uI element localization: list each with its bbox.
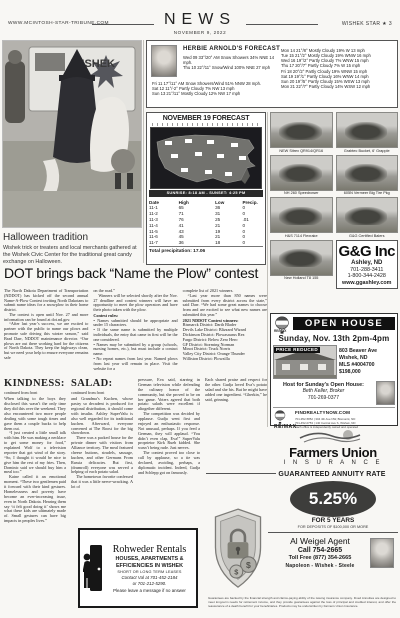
rohweder-note: Please leave a message if no answer	[106, 588, 193, 593]
salad-title: SALAD:	[71, 378, 133, 390]
sunrise-sunset-bar: SUNRISE: 8:18 AM - SUNSET: 4:25 PM	[149, 190, 263, 197]
forecast-left-column-lower: Fri 11 17°/11° AM Snow Showers/Wind 51% …	[152, 81, 275, 96]
rule-bullet: • No repeat names from last year. Named …	[93, 357, 177, 371]
section-title: NEWS	[164, 11, 236, 29]
equipment-listing: NH 260 Speedrower	[270, 155, 333, 196]
agent-block: Al Weigel Agent Call 754-2665 Toll Free …	[272, 536, 368, 569]
rohweder-line: EFFICIENCIES IN WISHEK	[106, 563, 193, 569]
newspaper-page: WWW.MCINTOSH-STAR-TRIBUNE.COM NEWS NOVEM…	[0, 0, 400, 618]
rate-term: FOR 5 YEARS	[290, 517, 376, 524]
total-precipitation: Total precipitation: 17.06	[149, 246, 263, 254]
equipment-photo	[270, 197, 333, 233]
gg-phone: 701-288-3411	[338, 267, 397, 273]
nov19-forecast-box: NOVEMBER 19 FORECAST SUNRISE: 8:18 AM - …	[146, 112, 266, 265]
insurance-label: I N S U R A N C E	[268, 460, 398, 466]
halloween-photo: WISHEK	[2, 40, 142, 228]
price-reduced-badge: PRICE REDUCED	[274, 347, 320, 353]
issue-date: NOVEMBER 9, 2022	[174, 30, 227, 35]
paragraph: “Last year more than 850 names were subm…	[183, 294, 267, 318]
address-line: Wishek, ND	[339, 355, 377, 362]
paragraph: Kaine called it an emotional moment. “Th…	[4, 475, 66, 524]
equipment-caption: NH 260 Speedrower	[270, 191, 333, 196]
broker-phone: 701-269-0377	[273, 395, 374, 401]
paragraph: There was a packed house for the private…	[71, 436, 133, 475]
article-column-2: on the road.” Winners will be selected s…	[93, 289, 177, 375]
forecast-right-column: Mon 14 21°/8° Mostly Cloudy 19% W 13 mph…	[281, 48, 395, 89]
column-divider-left	[143, 40, 144, 263]
equipment-caption: New Holland T8 155	[270, 276, 333, 281]
equipment-photo	[270, 155, 333, 191]
us-weather-map	[150, 127, 262, 189]
agent-tollfree: Toll Free (877) 354-2665	[272, 555, 368, 561]
paragraph: The competition was decided by applause.…	[138, 412, 200, 451]
salad-column-2: pressure, Eva said, starring in German t…	[138, 378, 200, 525]
agent-towns: Napoleon - Wishek - Steele	[272, 563, 368, 569]
address-line: 803 Beaver Ave	[339, 348, 377, 355]
us-map-art	[151, 128, 261, 188]
host-label: Host for Sunday's Open House:	[273, 382, 374, 388]
gg-contact-card: G&G Inc Ashley, ND 701-288-3411 1-800-34…	[336, 240, 399, 289]
equipment-caption: Grabtec Bucket, 6' Grapple	[336, 148, 399, 153]
forecast-left-column: Wed 09 33°/20° AM Snow Showers 34% NNE 1…	[183, 55, 275, 70]
open-house-ad: RE/MAX OPEN HOUSE Sunday, Nov. 13th 2pm-…	[270, 313, 398, 426]
equipment-listing: New Holland T8 155	[270, 240, 333, 289]
rohweder-ad-text: Rohweder Rentals HOUSES, APARTMENTS & EF…	[106, 544, 193, 592]
equipment-caption: G&G Certified Balers	[336, 233, 399, 238]
equipment-caption: 605N Vermeer Big Tire Pkg	[336, 191, 399, 196]
equipment-grid: NEW Sitrex QR914/QR16 Grabtec Bucket, 6'…	[270, 112, 398, 289]
equipment-listing: H&S 7114 Flexrake	[270, 197, 333, 238]
mls-number: MLS #4004700	[339, 362, 377, 369]
forecast-line: Thu 10 22°/11° Snow/Wind 100% NNE 27 mph	[183, 65, 275, 70]
farmers-union-ad: Farmers Union I N S U R A N C E GUARANTE…	[206, 429, 398, 614]
paragraph: The North Dakota Department of Transport…	[4, 289, 88, 313]
rohweder-title: Rohweder Rentals	[106, 544, 193, 555]
annuity-disclaimer: Guarantees are backed by the financial s…	[208, 597, 396, 608]
paragraph: “I just created a little small talk with…	[4, 431, 66, 475]
paragraph: Winners will be selected shortly after t…	[93, 294, 177, 313]
kindness-title: KINDNESS:	[4, 378, 66, 390]
gg-city: Ashley, ND	[338, 260, 397, 266]
gg-website-link: www.ggashley.com	[338, 280, 397, 286]
listing-price: $198,000	[339, 369, 377, 376]
gg-tollfree: 1-800-344-2428	[338, 273, 397, 279]
farmers-union-brand: Farmers Union	[268, 445, 398, 460]
equipment-listing: Grabtec Bucket, 6' Grapple	[336, 112, 399, 153]
open-house-header: RE/MAX OPEN HOUSE	[273, 316, 395, 333]
rohweder-phone-line: Contact Val at 701-452-2184	[106, 575, 193, 580]
security-shield-icon: $ $	[212, 507, 264, 596]
remax-label-small: RE/MAX	[274, 329, 286, 333]
host-text: Host for Sunday's Open House: Beth Kelle…	[273, 381, 374, 405]
broker-name: Beth Keller, Broker	[273, 388, 374, 394]
article-headline: DOT brings back “Name the Plow” contest	[4, 265, 268, 281]
equipment-photo	[270, 112, 333, 148]
herbie-portrait	[151, 45, 177, 77]
office-disclaimer: Each office is independently owned and o…	[295, 425, 358, 429]
equipment-photo	[336, 197, 399, 233]
photo-title: Halloween tradition	[3, 232, 142, 243]
agent-photo	[370, 538, 394, 568]
continued-from-front: continued from front	[71, 391, 133, 396]
equipment-caption: H&S 7114 Flexrake	[270, 233, 333, 238]
gg-logo-text: G&G Inc	[338, 243, 397, 260]
rohweder-rentals-ad: Rohweder Rentals HOUSES, APARTMENTS & EF…	[78, 528, 198, 608]
paragraph: and Grandma’s Kuchen, whose pastry so de…	[71, 397, 133, 436]
masthead-rule-right	[246, 24, 318, 25]
masthead-rule-left	[92, 24, 154, 25]
temperature-scale-ticks	[152, 123, 260, 126]
open-house-listing: PRICE REDUCED 803 Beaver Ave Wishek, ND …	[273, 345, 395, 379]
forecast-line: Wed 09 33°/20° AM Snow Showers 34% NNE 1…	[183, 55, 275, 65]
table-row: 11-736180	[149, 240, 263, 246]
agent-divider-rule	[268, 532, 398, 533]
kindness-column: KINDNESS: continued from front When talk…	[4, 378, 66, 525]
cell: 0	[242, 240, 263, 246]
paragraph: When talking to the boys they disclosed …	[4, 397, 66, 431]
rate-badge: 5.25%	[290, 481, 376, 517]
rule-bullet: • If the same name is submitted by multi…	[93, 328, 177, 342]
equipment-photo	[270, 240, 333, 276]
halloween-caption: Halloween tradition Wishek trick or trea…	[3, 232, 142, 265]
paragraph: The hometown favorite confessed that it …	[71, 475, 133, 490]
temperature-table: Date High Low Precip. 11-165360 11-27131…	[149, 199, 263, 245]
equipment-photo	[336, 155, 399, 191]
nov19-title: NOVEMBER 19 FORECAST	[149, 115, 263, 122]
plow-article-body: The North Dakota Department of Transport…	[4, 289, 267, 375]
rohweder-line: SHORT OR LONG TERM LEASES	[106, 570, 193, 574]
continued-from-front: continued from front	[4, 391, 66, 396]
remax-balloon-icon	[274, 316, 290, 339]
house-photo: PRICE REDUCED	[273, 345, 337, 379]
open-house-banner: OPEN HOUSE	[293, 317, 395, 330]
svg-text:$: $	[246, 560, 251, 570]
door-icon	[83, 543, 103, 595]
paragraph: Each shared praise and respect for the o…	[205, 378, 267, 402]
agent-name: Al Weigel Agent	[272, 536, 368, 546]
equipment-caption: NEW Sitrex QR914/QR16	[270, 148, 333, 153]
broker-photo	[376, 381, 395, 405]
salad-column-1: SALAD: continued from front and Grandma’…	[71, 378, 133, 525]
agent-phone: Call 754-2665	[272, 547, 368, 554]
forecast-line: Sun 13 21°/11° Mostly Cloudy 12% NW 17 m…	[152, 91, 275, 96]
rohweder-phone-line: or 701-212-5290.	[106, 581, 193, 586]
paragraph: The contest proved too close to call by …	[138, 451, 200, 475]
herbie-forecast-box: HERBIE ARNOLD'S FORECAST Wed 09 33°/20° …	[146, 40, 398, 108]
listing-address: 803 Beaver Ave Wishek, ND MLS #4004700 $…	[339, 345, 377, 379]
winner-line: Williston District: Plowzilla	[183, 357, 267, 362]
open-house-date: Sunday, Nov. 13th 2pm-4pm	[273, 334, 395, 343]
paragraph: pressure, Eva said, starring in German t…	[138, 378, 200, 412]
equipment-listing: G&G Certified Balers	[336, 197, 399, 238]
cell: 18	[215, 240, 242, 246]
annuity-rate-label: GUARANTEED ANNUITY RATE	[262, 471, 400, 478]
equipment-photo	[336, 112, 399, 148]
article-column-3: complete list of 2021 winners. “Last yea…	[183, 289, 267, 375]
rule-bullet: • Names may be submitted by a group (sch…	[93, 343, 177, 357]
equipment-listing: 605N Vermeer Big Tire Pkg	[336, 155, 399, 196]
photo-caption-text: Wishek trick or treaters and local merch…	[3, 245, 142, 265]
svg-text:$: $	[234, 568, 238, 577]
cell: 11-7	[149, 240, 179, 246]
open-house-host: Host for Sunday's Open House: Beth Kelle…	[273, 381, 395, 405]
page-number-label: WISHEK STAR ★ 3	[342, 21, 392, 27]
deposit-requirement: FOR DEPOSITS OF $100,000 OR MORE	[268, 525, 398, 529]
rohweder-line: HOUSES, APARTMENTS &	[106, 556, 193, 562]
gg-equipment-ad: NEW Sitrex QR914/QR16 Grabtec Bucket, 6'…	[270, 112, 398, 310]
article-column-1: The North Dakota Department of Transport…	[4, 289, 88, 375]
forecast-line: Mon 21 22°/7° Partly Cloudy 14% WSW 12 m…	[281, 84, 395, 89]
paragraph: “After last year’s success, we are excit…	[4, 322, 88, 360]
cell: 36	[179, 240, 215, 246]
open-house-footer: FINDREALTYNOW.COM 701-952-5852 | 304 4th…	[273, 407, 395, 431]
herbie-forecast-title: HERBIE ARNOLD'S FORECAST	[183, 46, 280, 52]
realty-website-link: FINDREALTYNOW.COM	[295, 410, 350, 415]
halloween-photo-art: WISHEK	[3, 41, 141, 227]
equipment-listing: NEW Sitrex QR914/QR16	[270, 112, 333, 153]
